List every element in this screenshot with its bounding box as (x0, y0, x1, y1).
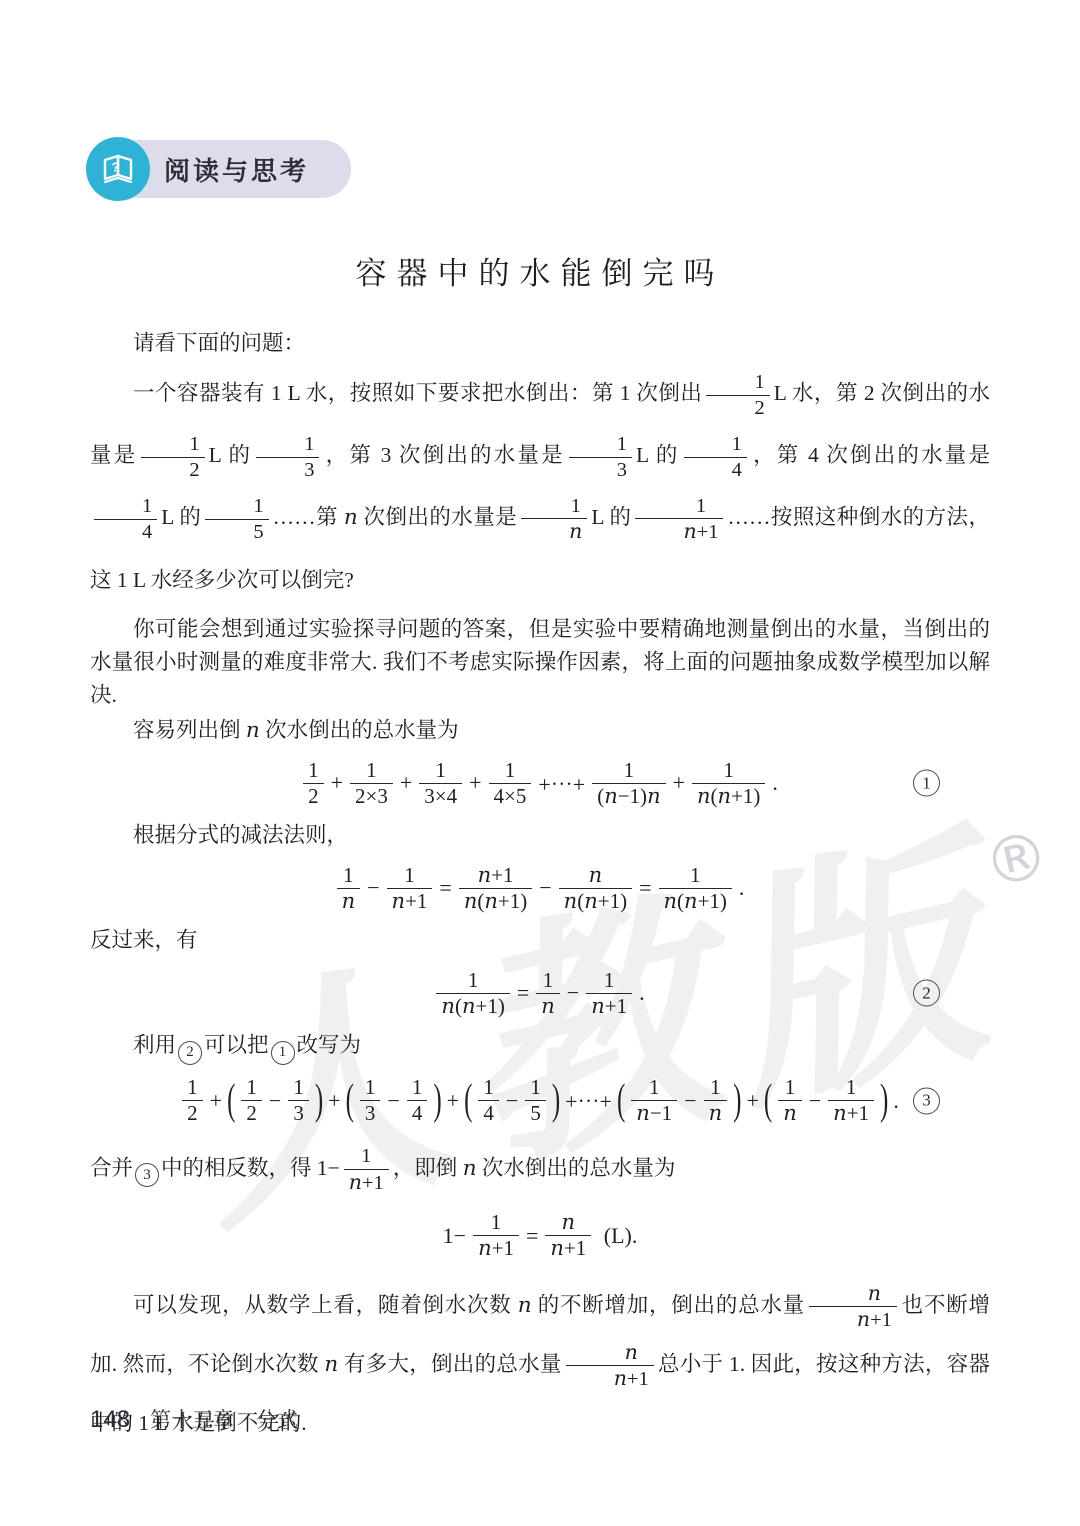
fraction: 13 (256, 432, 319, 481)
big-paren: ) (433, 1076, 441, 1125)
math-text: 1− (443, 1223, 466, 1249)
math-text: + (469, 770, 481, 796)
math-text: = (517, 980, 529, 1006)
math-text: 合并 (90, 1156, 133, 1180)
fraction-denominator: n(n+1) (659, 888, 732, 914)
fraction: 1n(n+1) (659, 863, 732, 914)
fraction-denominator: 2 (141, 457, 204, 482)
fraction-numerator: 1 (399, 863, 420, 888)
math-text: 根据分式的减法法则， (133, 823, 348, 847)
fraction-numerator: 1 (780, 1075, 801, 1100)
formula-expression: 12+12×3+13×4+14×5+⋯+1(n−1)n+1n(n+1). (299, 758, 781, 809)
fraction: 14 (407, 1075, 428, 1126)
math-text: = (439, 875, 451, 901)
circled-number: 3 (135, 1163, 159, 1187)
fraction-denominator: n (778, 1100, 802, 1126)
fraction: nn+1 (566, 1340, 654, 1391)
fraction-denominator: n+1 (387, 888, 433, 914)
math-text: − (539, 875, 551, 901)
page-number: 148 (90, 1406, 130, 1434)
paragraph: 容易列出倒 n 次水倒出的总水量为 (90, 714, 990, 747)
fraction: 13 (288, 1075, 309, 1126)
section-label: 分式 (256, 1404, 298, 1434)
math-text: 中的相反数，得 1− (161, 1156, 340, 1180)
formula: 12+12×3+13×4+14×5+⋯+1(n−1)n+1n(n+1).1 (90, 751, 990, 815)
fraction-numerator: 1 (360, 1075, 381, 1100)
fraction-numerator: 1 (478, 1075, 499, 1100)
fraction-numerator: 1 (648, 494, 711, 518)
fraction-denominator: n+1 (473, 1235, 519, 1261)
fraction-numerator: n (577, 1340, 643, 1365)
math-text: . (772, 770, 778, 796)
page-footer: 148 第十五章 分式 (90, 1404, 298, 1434)
fraction-denominator: 4 (478, 1100, 499, 1126)
fraction: 1n+1 (387, 863, 433, 914)
fraction-numerator: 1 (486, 1210, 507, 1235)
fraction-denominator: 4 (94, 519, 157, 544)
math-text: + (746, 1088, 758, 1114)
svg-text:?: ? (112, 160, 120, 175)
math-text: L 的 (161, 505, 201, 529)
fraction: 1n−1 (631, 1075, 677, 1126)
fraction-numerator: n (557, 1210, 581, 1235)
fraction-denominator: n+1 (344, 1169, 389, 1195)
fraction: 13×4 (419, 758, 462, 809)
fraction-denominator: n(n+1) (459, 888, 532, 914)
fraction-numerator: 1 (706, 370, 769, 394)
fraction-denominator: n+1 (545, 1235, 591, 1261)
fraction: 1n (778, 1075, 802, 1126)
fraction: nn+1 (809, 1281, 897, 1332)
fraction-numerator: 1 (500, 758, 521, 783)
big-paren: ) (315, 1076, 323, 1125)
math-text: 有多大，倒出的总水量 (338, 1352, 561, 1376)
math-text: + (331, 770, 343, 796)
content: 请看下面的问题：一个容器装有 1 L 水，按照如下要求把水倒出：第 1 次倒出1… (90, 327, 990, 1452)
math-text: L 的 (209, 443, 253, 467)
fraction: 15 (525, 1075, 546, 1126)
math-text: − (809, 1088, 821, 1114)
fraction-denominator: 5 (205, 519, 268, 544)
fraction-numerator: 1 (718, 758, 739, 783)
math-text: = (639, 875, 651, 901)
fraction: 1n (337, 863, 361, 914)
fraction-numerator: 1 (525, 1075, 546, 1100)
fraction-numerator: 1 (569, 432, 632, 456)
fraction-numerator: 1 (241, 1075, 262, 1100)
fraction-denominator: 2 (706, 395, 769, 420)
fraction-denominator: n+1 (586, 993, 632, 1019)
math-text: ，第 3 次倒出的水量是 (323, 443, 564, 467)
textbook-page: 人教版® ? 阅读与思考 容器中的水能倒完吗 请看下面的问题：一个容器装有 1 … (0, 0, 1080, 1526)
fraction-denominator: n+1 (809, 1306, 897, 1332)
circled-number: 1 (271, 1041, 295, 1065)
math-text: +⋯+ (538, 768, 585, 799)
fraction-denominator: n+1 (635, 518, 723, 544)
fraction-numerator: 1 (205, 494, 268, 518)
fraction-numerator: 1 (288, 1075, 309, 1100)
fraction: 1n+1 (586, 968, 632, 1019)
fraction-denominator: 3×4 (419, 783, 462, 809)
fraction: 1n(n+1) (436, 968, 509, 1019)
fraction-numerator: 1 (705, 1075, 726, 1100)
fraction: 14 (478, 1075, 499, 1126)
fraction: n+1n(n+1) (459, 863, 532, 914)
fraction: 12×3 (350, 758, 393, 809)
math-text: 改写为 (297, 1033, 362, 1057)
fraction-denominator: n (521, 518, 587, 544)
paragraph: 你可能会想到通过实验探寻问题的答案，但是实验中要精确地测量倒出的水量，当倒出的水… (90, 613, 990, 712)
fraction-denominator: 3 (360, 1100, 381, 1126)
math-variable: n (324, 1352, 338, 1376)
fraction: 1(n−1)n (592, 758, 665, 809)
math-text: − (506, 1088, 518, 1114)
fraction-denominator: n (536, 993, 560, 1019)
formula-label: 1 (913, 770, 940, 797)
fraction: 12 (303, 758, 324, 809)
fraction-numerator: 1 (599, 968, 620, 993)
page-title: 容器中的水能倒完吗 (0, 248, 1080, 293)
fraction: 14×5 (489, 758, 532, 809)
fraction-numerator: 1 (684, 432, 747, 456)
formula-label: 3 (913, 1087, 940, 1114)
fraction: 1n (704, 1075, 728, 1126)
paragraph: 利用2可以把1改写为 (90, 1029, 990, 1065)
fraction: nn+1 (545, 1210, 591, 1261)
fraction: 12 (706, 370, 769, 419)
math-text: − (567, 980, 579, 1006)
math-text: (L). (598, 1223, 637, 1249)
math-text: 容易列出倒 (133, 718, 246, 742)
formula: 1n−1n+1=n+1n(n+1)−nn(n+1)=1n(n+1). (90, 856, 990, 920)
fraction-numerator: 1 (644, 1075, 665, 1100)
fraction-denominator: n(n+1) (559, 888, 632, 914)
badge-label: 阅读与思考 (164, 151, 309, 188)
fraction-numerator: 1 (361, 758, 382, 783)
formula: 1n(n+1)=1n−1n+1.2 (90, 961, 990, 1025)
fraction: 12 (141, 432, 204, 481)
math-text: L 的 (591, 505, 631, 529)
formula: 1−1n+1=nn+1 (L). (90, 1204, 990, 1268)
fraction: 1n+1 (344, 1144, 389, 1194)
math-text: L 的 (636, 443, 680, 467)
circled-number: 2 (178, 1041, 202, 1065)
big-paren: ( (464, 1076, 472, 1125)
reading-thinking-badge: ? 阅读与思考 (88, 140, 351, 198)
fraction-numerator: n (584, 863, 608, 888)
fraction: 1n+1 (828, 1075, 874, 1126)
fraction: 15 (205, 494, 268, 543)
math-text: + (673, 770, 685, 796)
fraction: 14 (94, 494, 157, 543)
fraction-denominator: 2 (303, 783, 324, 809)
math-text: ，即倒 (393, 1156, 463, 1180)
formula-label: 2 (913, 980, 940, 1007)
paragraph: 根据分式的减法法则， (90, 819, 990, 852)
fraction-numerator: 1 (338, 863, 359, 888)
fraction-denominator: 5 (525, 1100, 546, 1126)
fraction: 1n (521, 494, 587, 544)
fraction-denominator: n−1 (631, 1100, 677, 1126)
fraction-numerator: 1 (407, 1075, 428, 1100)
paragraph: 一个容器装有 1 L 水，按照如下要求把水倒出：第 1 次倒出12L 水，第 2… (90, 362, 990, 611)
fraction-denominator: 2 (182, 1100, 203, 1126)
fraction-denominator: 4×5 (489, 783, 532, 809)
fraction-numerator: 1 (182, 1075, 203, 1100)
fraction-numerator: 1 (94, 494, 157, 518)
fraction-denominator: 3 (569, 457, 632, 482)
paragraph: 合并3中的相反数，得 1−1n+1，即倒 n 次水倒出的总水量为 (90, 1137, 990, 1200)
fraction-denominator: 3 (256, 457, 319, 482)
big-paren: ( (764, 1076, 772, 1125)
big-paren: ) (733, 1076, 741, 1125)
fraction: 1n(n+1) (692, 758, 765, 809)
fraction-numerator: 1 (141, 432, 204, 456)
fraction-denominator: 4 (407, 1100, 428, 1126)
fraction-denominator: 2 (241, 1100, 262, 1126)
fraction-numerator: 1 (356, 1144, 376, 1168)
fraction-denominator: 2×3 (350, 783, 393, 809)
fraction: 13 (569, 432, 632, 481)
fraction: 12 (182, 1075, 203, 1126)
math-text: ，第 4 次倒出的水量是 (751, 443, 990, 467)
paragraph: 反过来，有 (90, 924, 990, 957)
big-paren: ) (880, 1076, 888, 1125)
fraction-denominator: n(n+1) (436, 993, 509, 1019)
fraction: 1n+1 (473, 1210, 519, 1261)
math-text: ……第 (273, 505, 344, 529)
math-text: . (739, 875, 745, 901)
math-text: − (269, 1088, 281, 1114)
math-text: 次水倒出的总水量为 (477, 1156, 676, 1180)
fraction-denominator: n(n+1) (692, 783, 765, 809)
fraction-numerator: 1 (523, 494, 586, 518)
math-text: 可以把 (204, 1033, 269, 1057)
fraction-numerator: 1 (430, 758, 451, 783)
fraction: nn(n+1) (559, 863, 632, 914)
fraction-denominator: n+1 (828, 1100, 874, 1126)
fraction-denominator: (n−1)n (592, 783, 665, 809)
fraction-numerator: 1 (619, 758, 640, 783)
book-question-icon: ? (86, 137, 150, 201)
math-text: − (367, 875, 379, 901)
math-text: + (400, 770, 412, 796)
math-text: = (526, 1223, 538, 1249)
formula-expression: 1n(n+1)=1n−1n+1. (432, 968, 647, 1019)
math-text: . (639, 980, 645, 1006)
math-variable: n (344, 505, 358, 529)
fraction-numerator: 1 (256, 432, 319, 456)
fraction: 14 (684, 432, 747, 481)
chapter-label: 第十五章 (150, 1404, 234, 1434)
fraction-numerator: 1 (303, 758, 324, 783)
math-text: 一个容器装有 1 L 水，按照如下要求把水倒出：第 1 次倒出 (133, 381, 702, 405)
math-text: +⋯+ (565, 1085, 612, 1116)
formula: 12+(12−13)+(13−14)+(14−15)+⋯+(1n−1−1n)+(… (90, 1069, 990, 1133)
big-paren: ) (552, 1076, 560, 1125)
fraction-numerator: 1 (538, 968, 559, 993)
math-text: 次水倒出的总水量为 (260, 718, 459, 742)
big-paren: ( (346, 1076, 354, 1125)
math-text: − (684, 1088, 696, 1114)
fraction-denominator: 3 (288, 1100, 309, 1126)
fraction-denominator: n+1 (566, 1365, 654, 1391)
fraction-numerator: 1 (685, 863, 706, 888)
fraction-numerator: 1 (841, 1075, 862, 1100)
big-paren: ( (227, 1076, 235, 1125)
formula-expression: 1n−1n+1=n+1n(n+1)−nn(n+1)=1n(n+1). (333, 863, 748, 914)
fraction: 1n+1 (635, 494, 723, 544)
fraction-denominator: n (704, 1100, 728, 1126)
math-text: 可以发现，从数学上看，随着倒水次数 (133, 1293, 518, 1317)
math-variable: n (518, 1293, 532, 1317)
fraction-numerator: 1 (463, 968, 484, 993)
math-text: + (328, 1088, 340, 1114)
fraction: 13 (360, 1075, 381, 1126)
math-text: + (447, 1088, 459, 1114)
fraction: 1n (536, 968, 560, 1019)
page-header: ? 阅读与思考 (0, 0, 1080, 198)
math-text: + (210, 1088, 222, 1114)
math-text: . (893, 1088, 899, 1114)
fraction-numerator: n (820, 1281, 886, 1306)
math-variable: n (463, 1156, 477, 1180)
fraction: 12 (241, 1075, 262, 1126)
math-text: − (387, 1088, 399, 1114)
math-text: 反过来，有 (90, 928, 198, 952)
fraction-numerator: n+1 (473, 863, 519, 888)
formula-expression: 12+(12−13)+(13−14)+(14−15)+⋯+(1n−1−1n)+(… (178, 1075, 902, 1126)
math-text: 的不断增加，倒出的总水量 (532, 1293, 805, 1317)
fraction-denominator: 4 (684, 457, 747, 482)
math-text: 请看下面的问题： (133, 331, 305, 355)
math-text: 你可能会想到通过实验探寻问题的答案，但是实验中要精确地测量倒出的水量，当倒出的水… (90, 617, 990, 707)
formula-expression: 1−1n+1=nn+1 (L). (440, 1210, 641, 1261)
fraction-denominator: n (337, 888, 361, 914)
math-text: 利用 (133, 1033, 176, 1057)
math-variable: n (246, 718, 260, 742)
big-paren: ( (617, 1076, 625, 1125)
math-text: 次倒出的水量是 (358, 505, 517, 529)
paragraph: 请看下面的问题： (90, 327, 990, 360)
